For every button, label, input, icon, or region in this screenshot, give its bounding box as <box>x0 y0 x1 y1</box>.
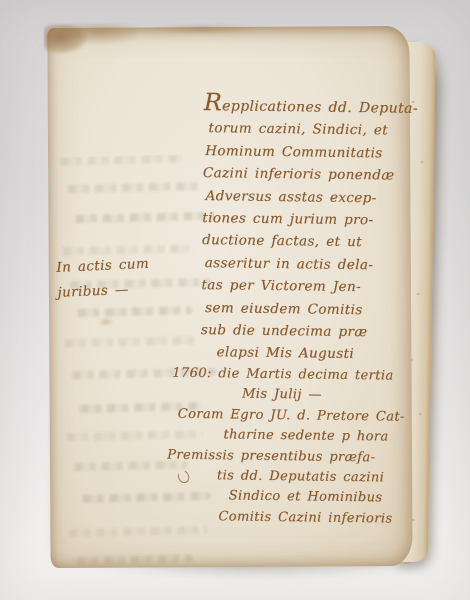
manuscript-line: Adversus asstas excep- <box>205 185 430 210</box>
bleedthrough-line <box>71 554 193 565</box>
bleedthrough-line <box>70 212 220 224</box>
manuscript-line: Repplicationes dd. Deputa- <box>204 91 432 120</box>
manuscript-line: Coram Egro JU. d. Pretore Cat- <box>178 404 428 428</box>
manuscript-line: 1760: die Martis decima tertia <box>172 363 428 387</box>
margin-note-line: juribus — <box>57 277 151 306</box>
manuscript-line: torum cazini, Sindici, et <box>208 117 431 142</box>
manuscript-line: Sindico et Hominibus <box>229 487 427 510</box>
corner-stain <box>44 24 136 77</box>
manuscript-line: elapsi Mis Augusti <box>216 342 428 367</box>
bleedthrough-line <box>55 154 183 165</box>
margin-note: In actis cum juribus — <box>56 252 151 306</box>
manuscript-page: In actis cum juribus — Repplicationes dd… <box>47 26 412 568</box>
manuscript-line: Mis Julij — <box>242 385 428 408</box>
manuscript-line: tas per Victorem Jen- <box>201 274 429 299</box>
manuscript-text-block: Repplicationes dd. Deputa-torum cazini, … <box>198 91 432 530</box>
manuscript-line: Premissis presentibus præfa- <box>167 445 427 469</box>
bleedthrough-line <box>76 492 210 503</box>
manuscript-line: sub die undecima præ <box>201 319 429 344</box>
manuscript-photograph: In actis cum juribus — Repplicationes dd… <box>0 0 470 600</box>
manuscript-line: Hominum Communitatis <box>205 140 431 165</box>
manuscript-line: sem eiusdem Comitis <box>205 297 429 322</box>
manuscript-line: Comitis Cazini inferioris <box>218 507 426 530</box>
manuscript-line: tharine sedente p hora <box>223 425 427 448</box>
bleedthrough-line <box>72 306 192 317</box>
manuscript-line: Cazini inferioris ponendæ <box>203 162 431 187</box>
manuscript-line: tiones cum jurium pro- <box>202 207 430 232</box>
bleedthrough-line <box>62 182 202 193</box>
bleedthrough-line <box>61 430 203 441</box>
manuscript-line: tis dd. Deputatis cazini <box>217 466 427 489</box>
edge-stain <box>143 25 293 38</box>
manuscript-line: asseritur in actis dela- <box>205 252 430 277</box>
bleedthrough-line <box>59 336 197 347</box>
manuscript-line: ductione factas, et ut <box>202 229 430 254</box>
margin-note-line: In actis cum <box>56 252 150 281</box>
bleedthrough-line <box>63 526 207 537</box>
